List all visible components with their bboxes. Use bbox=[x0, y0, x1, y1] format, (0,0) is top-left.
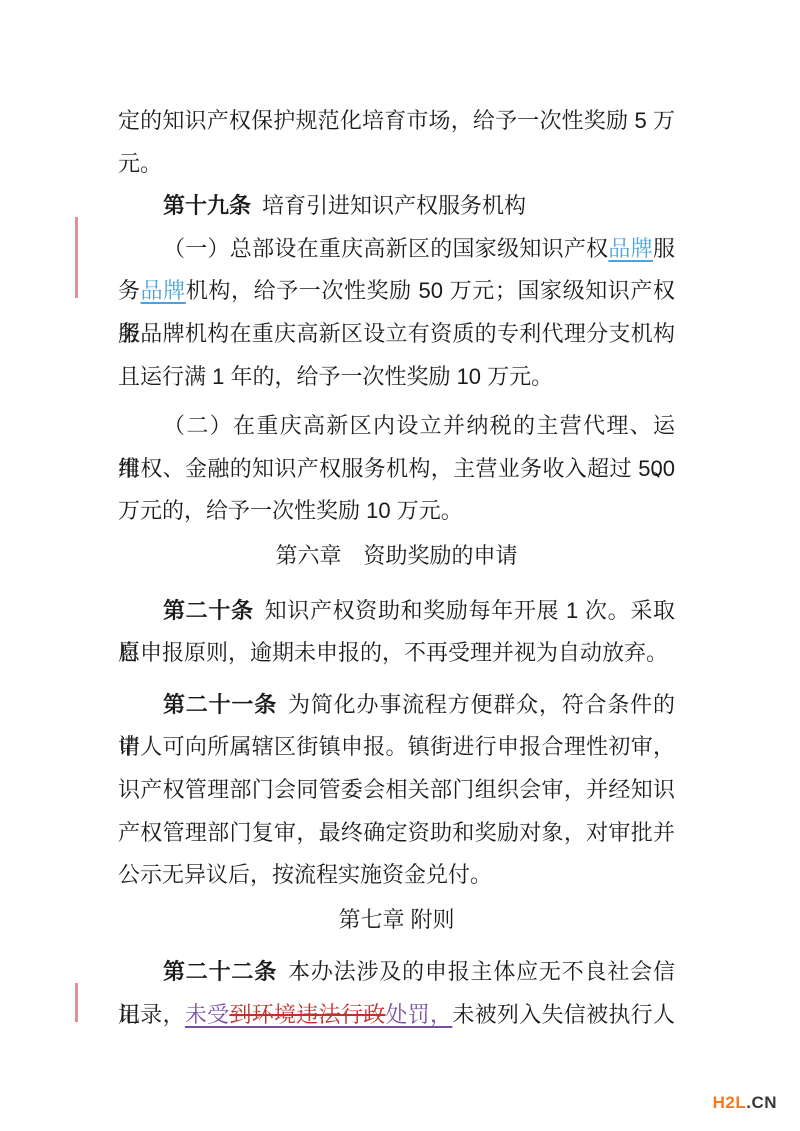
article-number: 第二十一条 bbox=[163, 692, 277, 717]
article-number: 第十九条 bbox=[163, 193, 251, 218]
paragraph-item-1: （一）总部设在重庆高新区的国家级知识产权品牌服 务品牌机构，给予一次性奖励 50… bbox=[118, 228, 675, 398]
text-line: 定的知识产权保护规范化培育市场，给予一次性奖励 5 万 bbox=[118, 100, 675, 143]
text-line: 务品牌机构，给予一次性奖励 50 万元；国家级知识产权服 bbox=[118, 270, 675, 313]
inserted-text: 未受到环境违法行政处罚， bbox=[185, 1002, 452, 1027]
inserted-text: 品牌 bbox=[608, 236, 653, 261]
text-line: 产权管理部门复审，最终确定资助和奖励对象，对审批并 bbox=[118, 812, 675, 855]
text-run: 未被列入失信被执行人 bbox=[452, 1002, 675, 1027]
text-line: 且运行满 1 年的，给予一次性奖励 10 万元。 bbox=[118, 356, 675, 399]
text-line: 识产权管理部门会同管委会相关部门组织会审，并经知识 bbox=[118, 769, 675, 812]
deleted-text: 到环境违法行政 bbox=[229, 1002, 385, 1027]
chapter-6-heading: 第六章 资助奖励的申请 bbox=[118, 535, 675, 578]
text-line: 请人可向所属辖区街镇申报。镇街进行申报合理性初审， bbox=[118, 726, 675, 769]
paragraph-article-21: 第二十一条为简化办事流程方便群众，符合条件的申 请人可向所属辖区街镇申报。镇街进… bbox=[118, 684, 675, 897]
text-line: （一）总部设在重庆高新区的国家级知识产权品牌服 bbox=[118, 228, 675, 271]
chapter-7-heading: 第七章 附则 bbox=[118, 899, 675, 942]
text-line: 第二十一条为简化办事流程方便群众，符合条件的申 bbox=[118, 684, 675, 727]
text-line: 愿申报原则，逾期未申报的，不再受理并视为自动放弃。 bbox=[118, 632, 675, 675]
revision-bar-bottom bbox=[75, 983, 78, 1022]
text-line: （二）在重庆高新区内设立并纳税的主营代理、运用、 bbox=[118, 405, 675, 448]
watermark: H2L.CN bbox=[713, 1093, 777, 1113]
article-number: 第二十二条 bbox=[163, 959, 277, 984]
paragraph-article18-continuation: 定的知识产权保护规范化培育市场，给予一次性奖励 5 万 元。 bbox=[118, 100, 675, 185]
text-line: 务品牌机构在重庆高新区设立有资质的专利代理分支机构 bbox=[118, 313, 675, 356]
text-run: 服 bbox=[653, 236, 675, 261]
paragraph-item-2: （二）在重庆高新区内设立并纳税的主营代理、运用、 维权、金融的知识产权服务机构，… bbox=[118, 405, 675, 533]
text-line: 维权、金融的知识产权服务机构，主营业务收入超过 500 bbox=[118, 448, 675, 491]
document-page: 定的知识产权保护规范化培育市场，给予一次性奖励 5 万 元。 第十九条培育引进知… bbox=[0, 0, 800, 1131]
text-line: 元。 bbox=[118, 143, 675, 186]
paragraph-article-19: 第十九条培育引进知识产权服务机构 bbox=[118, 185, 675, 228]
text-line: 第二十二条本办法涉及的申报主体应无不良社会信用 bbox=[118, 951, 675, 994]
article-number: 第二十条 bbox=[163, 598, 254, 623]
inserted-text-run: 未受 bbox=[185, 1002, 230, 1027]
watermark-brand: H2L bbox=[713, 1093, 747, 1112]
text-line: 第十九条培育引进知识产权服务机构 bbox=[118, 185, 675, 228]
text-line: 记录，未受到环境违法行政处罚，未被列入失信被执行人 bbox=[118, 994, 675, 1037]
paragraph-article-20: 第二十条知识产权资助和奖励每年开展 1 次。采取自 愿申报原则，逾期未申报的，不… bbox=[118, 590, 675, 675]
text-run: 记录， bbox=[118, 1002, 185, 1027]
revision-bar-top bbox=[75, 217, 78, 298]
watermark-suffix: .CN bbox=[746, 1093, 777, 1112]
inserted-text-run: 处罚， bbox=[385, 1002, 452, 1027]
paragraph-article-22: 第二十二条本办法涉及的申报主体应无不良社会信用 记录，未受到环境违法行政处罚，未… bbox=[118, 951, 675, 1036]
article-title: 培育引进知识产权服务机构 bbox=[262, 193, 526, 218]
text-column: 定的知识产权保护规范化培育市场，给予一次性奖励 5 万 元。 第十九条培育引进知… bbox=[118, 100, 675, 1036]
text-run: 务 bbox=[118, 278, 141, 303]
text-line: 万元的，给予一次性奖励 10 万元。 bbox=[118, 490, 675, 533]
text-line: 公示无异议后，按流程实施资金兑付。 bbox=[118, 854, 675, 897]
text-run: （一）总部设在重庆高新区的国家级知识产权 bbox=[163, 236, 608, 261]
inserted-text: 品牌 bbox=[141, 278, 186, 303]
text-line: 第二十条知识产权资助和奖励每年开展 1 次。采取自 bbox=[118, 590, 675, 633]
